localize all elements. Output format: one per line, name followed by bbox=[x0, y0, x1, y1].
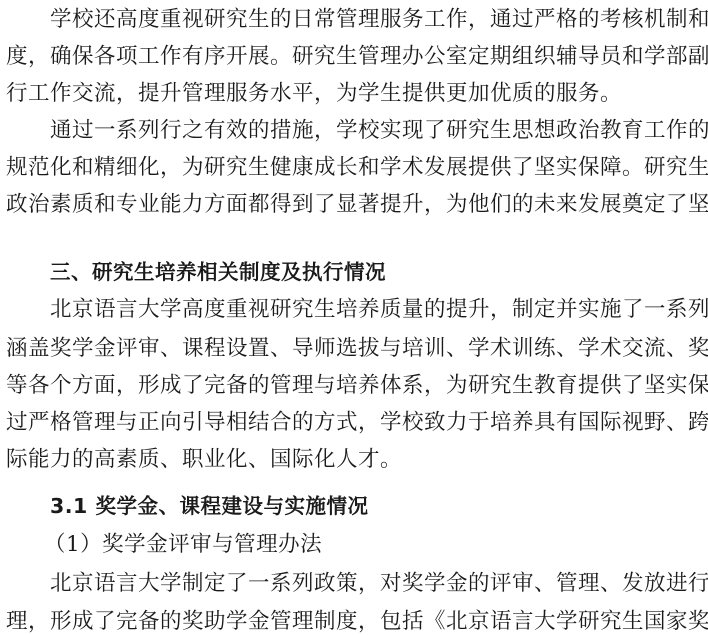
text-line: 规范化和精细化，为研究生健康成长和学术发展提供了坚实保障。研究生在思想 bbox=[6, 156, 708, 180]
text-line: 行工作交流，提升管理服务水平，为学生提供更加优质的服务。 bbox=[6, 82, 622, 106]
text-line: 理，形成了完备的奖助学金管理制度，包括《北京语言大学研究生国家奖学金实 bbox=[6, 610, 708, 634]
text-line: 通过一系列行之有效的措施，学校实现了研究生思想政治教育工作的科学化、 bbox=[50, 119, 708, 143]
subsection-heading: 3.1 奖学金、课程建设与实施情况 bbox=[50, 494, 368, 518]
text-line: 过严格管理与正向引导相结合的方式，学校致力于培养具有国际视野、跨文化交 bbox=[6, 411, 708, 435]
subsubsection-heading: （1）奖学金评审与管理办法 bbox=[44, 533, 322, 557]
text-line: 学校还高度重视研究生的日常管理服务工作，通过严格的考核机制和管理制 bbox=[50, 8, 708, 32]
text-line: 度，确保各项工作有序开展。研究生管理办公室定期组织辅导员和学部副主任进 bbox=[6, 45, 708, 69]
text-line: 等各个方面，形成了完备的管理与培养体系，为研究生教育提供了坚实保障。通 bbox=[6, 374, 708, 398]
text-line: 北京语言大学高度重视研究生培养质量的提升，制定并实施了一系列政策， bbox=[50, 298, 708, 322]
text-line: 政治素质和专业能力方面都得到了显著提升，为他们的未来发展奠定了坚实基础。 bbox=[6, 193, 708, 217]
section-heading: 三、研究生培养相关制度及执行情况 bbox=[50, 260, 386, 284]
text-line: 际能力的高素质、职业化、国际化人才。 bbox=[6, 448, 402, 472]
text-line: 北京语言大学制定了一系列政策，对奖学金的评审、管理、发放进行严格管 bbox=[50, 572, 708, 596]
text-line: 涵盖奖学金评审、课程设置、导师选拔与培训、学术训练、学术交流、奖助体系 bbox=[6, 337, 708, 361]
